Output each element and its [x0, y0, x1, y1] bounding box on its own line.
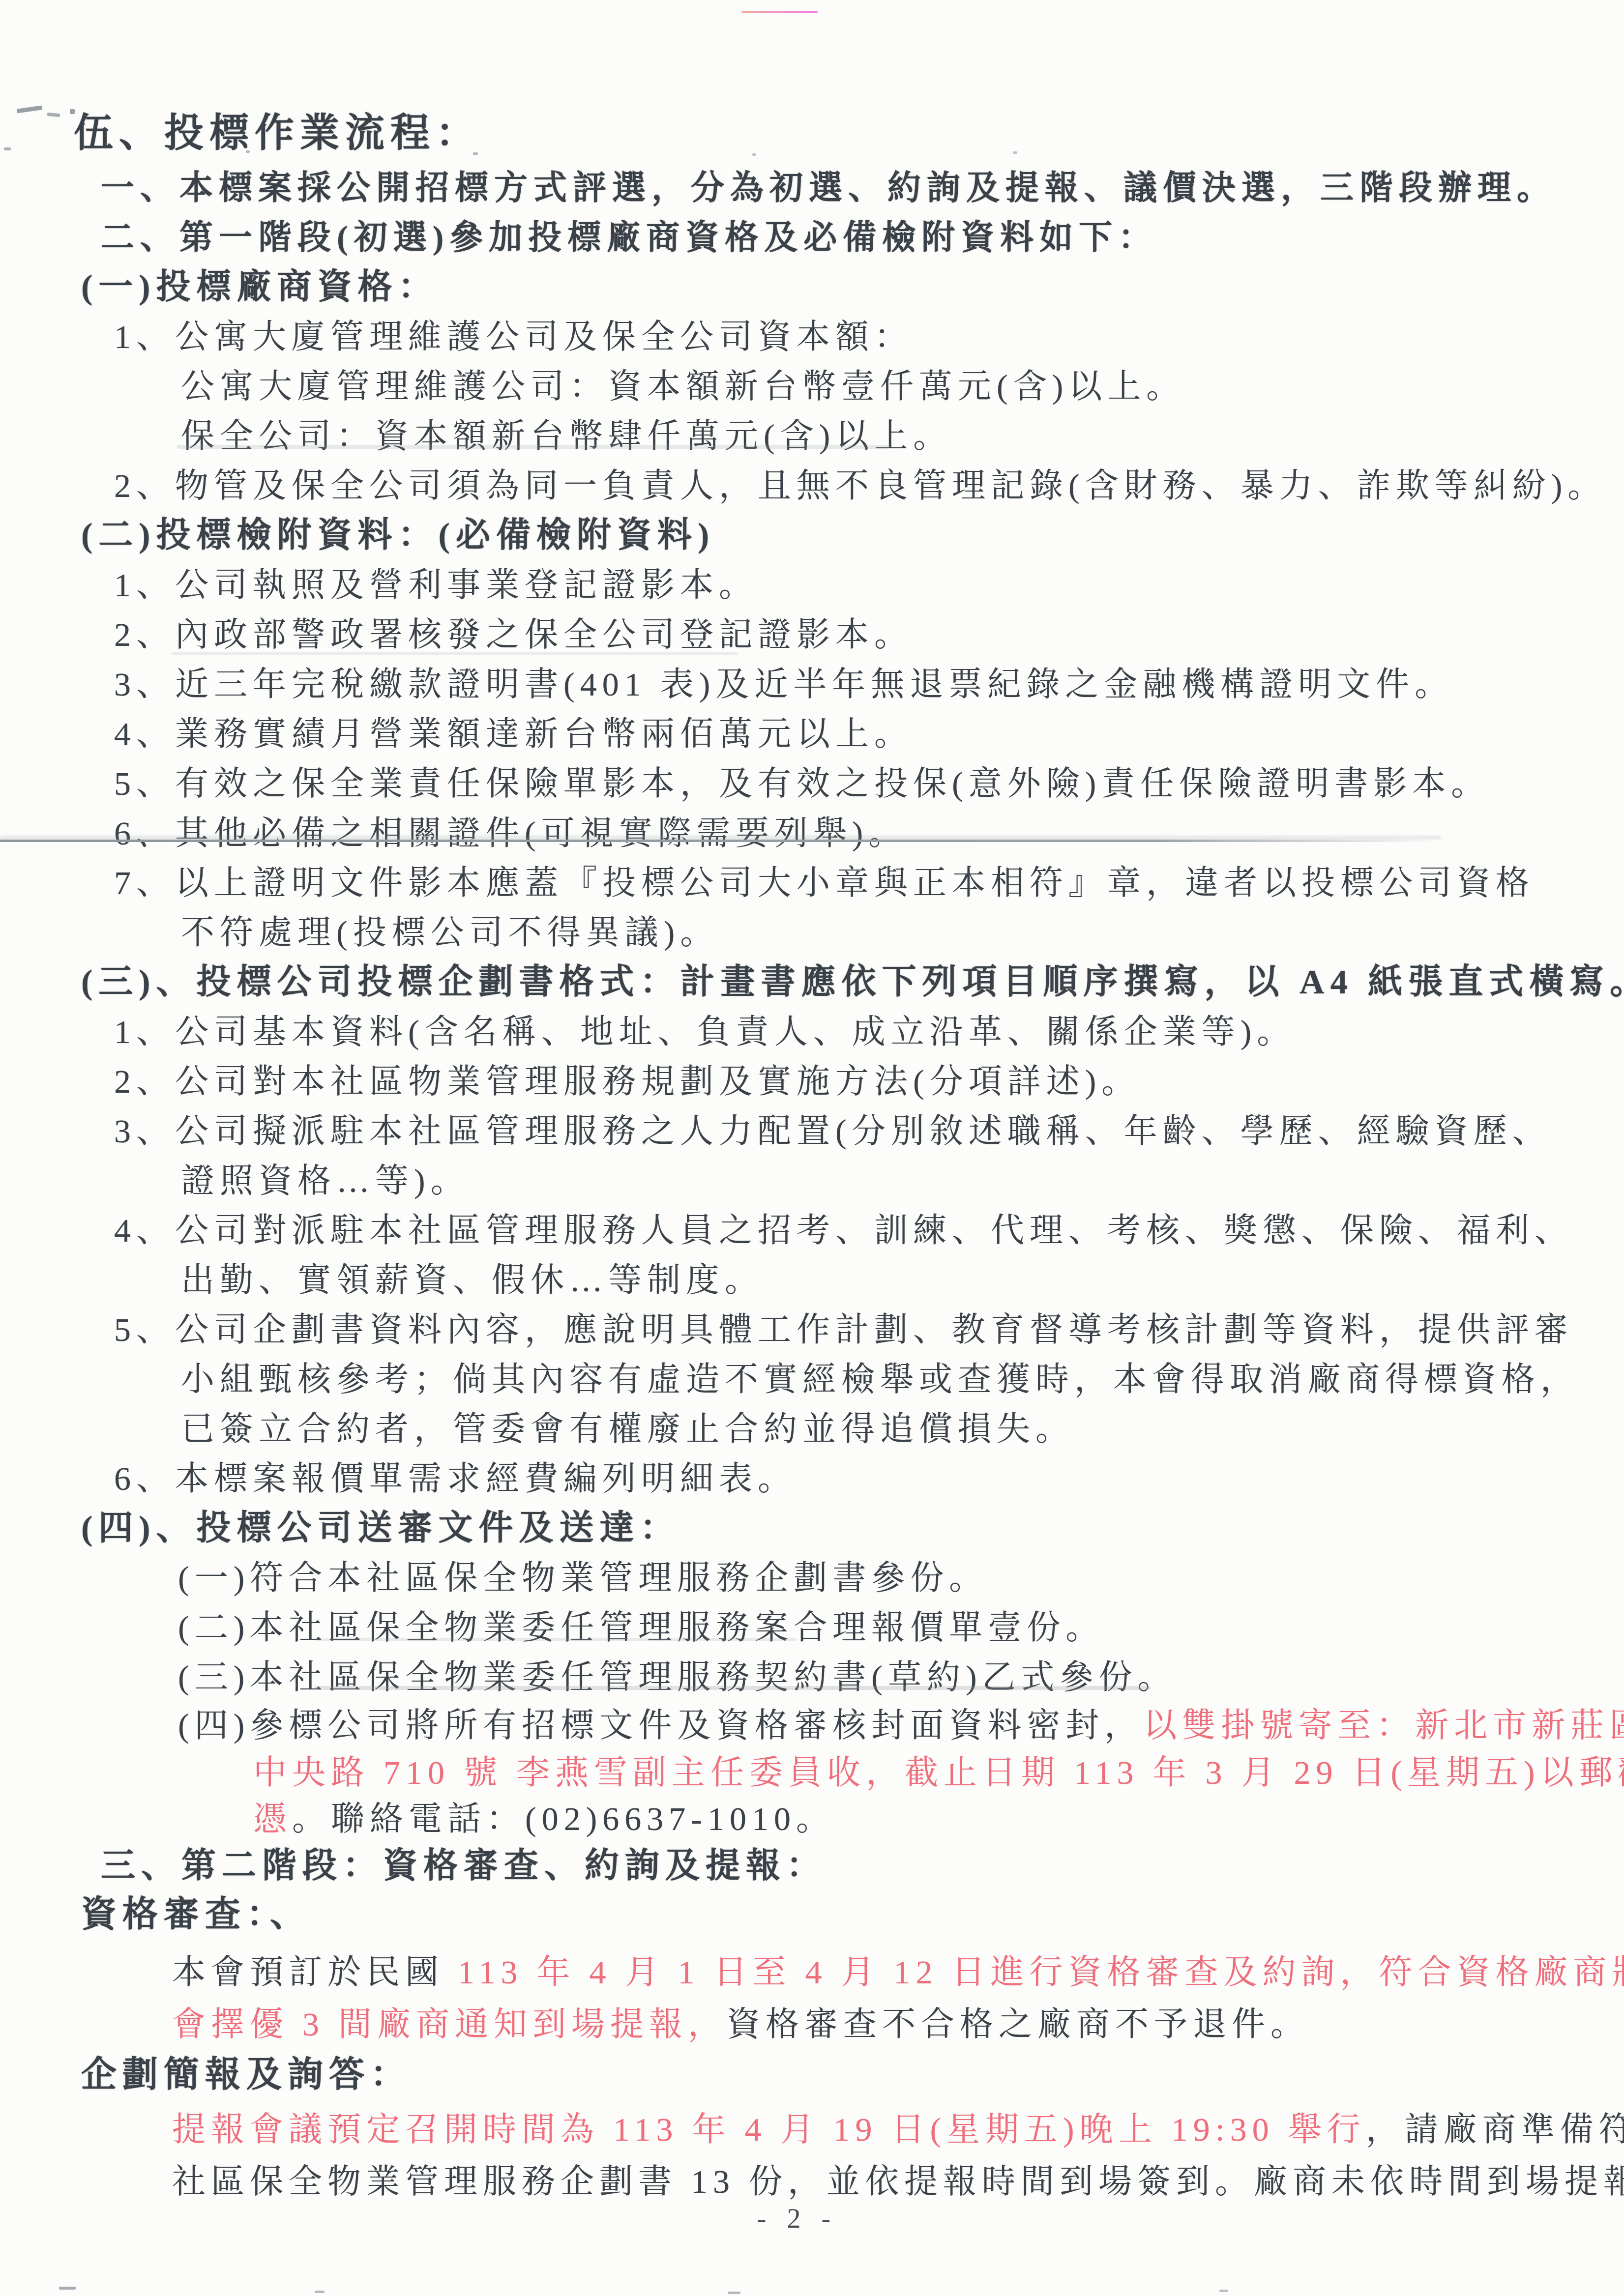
scan-speck	[752, 153, 756, 156]
section-title: 伍、投標作業流程：	[74, 110, 481, 156]
text-segment: (一)符合本社區保全物業管理服務企劃書參份。	[178, 1559, 988, 1597]
text-line: 證照資格…等)。	[181, 1161, 470, 1200]
text-line: 企劃簡報及詢答：	[81, 2054, 412, 2095]
scan-speck	[728, 2292, 740, 2294]
text-line: 三、第二階段：資格審查、約詢及提報：	[101, 1846, 827, 1887]
text-segment: 企劃簡報及詢答：	[81, 2055, 412, 2094]
scan-speck	[1219, 2290, 1228, 2292]
scan-speck	[4, 147, 11, 150]
text-line: 2、公司對本社區物業管理服務規劃及實施方法(分項詳述)。	[114, 1062, 1140, 1101]
text-segment: 1、公司執照及營利事業登記證影本。	[114, 566, 758, 604]
text-line: 5、公司企劃書資料內容，應說明具體工作計劃、教育督導考核計劃等資料，提供評審	[114, 1310, 1573, 1349]
text-segment: 2、物管及保全公司須為同一負責人，且無不良管理記錄(含財務、暴力、詐欺等糾紛)。	[114, 467, 1606, 504]
text-segment: 憑	[253, 1800, 292, 1837]
text-line: 1、公司基本資料(含名稱、地址、負責人、成立沿革、關係企業等)。	[114, 1012, 1296, 1051]
text-segment: 資格審查不合格之廠商不予退件。	[727, 2005, 1309, 2043]
text-segment: 保全公司：資本額新台幣肆仟萬元(含)以上。	[181, 417, 952, 455]
text-line: (四)、投標公司送審文件及送達：	[81, 1509, 680, 1549]
text-line: 中央路 710 號 李燕雪副主任委員收，截止日期 113 年 3 月 29 日(…	[253, 1753, 1624, 1792]
text-line: 社區保全物業管理服務企劃書 13 份，並依提報時間到場簽到。廠商未依時間到場提報…	[172, 2162, 1624, 2201]
text-segment: 6、其他必備之相關證件(可視實際需要列舉)。	[114, 814, 907, 852]
text-segment: 7、以上證明文件影本應蓋『投標公司大小章與正本相符』章，違者以投標公司資格	[114, 864, 1535, 901]
text-line: 已簽立合約者，管委會有權廢止合約並得追償損失。	[181, 1409, 1074, 1449]
text-segment: 公寓大廈管理維護公司：資本額新台幣壹仟萬元(含)以上。	[181, 368, 1185, 405]
text-segment: 113 年 4 月 1 日至 4 月 12 日進行資格審查及約詢，符合資格廠商將…	[458, 1953, 1624, 1991]
text-segment: 3、近三年完稅繳款證明書(401 表)及近半年無退票紀錄之金融機構證明文件。	[114, 666, 1453, 703]
text-line: 二、第一階段(初選)參加投標廠商資格及必備檢附資料如下：	[101, 218, 1157, 257]
text-line: 7、以上證明文件影本應蓋『投標公司大小章與正本相符』章，違者以投標公司資格	[114, 863, 1535, 902]
text-segment: (三)本社區保全物業委任管理服務契約書(草約)乙式參份。	[178, 1658, 1177, 1696]
text-segment: 6、本標案報價單需求經費編列明細表。	[114, 1460, 797, 1497]
text-line: 3、公司擬派駐本社區管理服務之人力配置(分別敘述職稱、年齡、學歷、經驗資歷、	[114, 1111, 1551, 1151]
scan-speck	[59, 2287, 76, 2290]
text-segment: 5、有效之保全業責任保險單影本，及有效之投保(意外險)責任保險證明書影本。	[114, 765, 1490, 802]
text-segment: 已簽立合約者，管委會有權廢止合約並得追償損失。	[181, 1410, 1074, 1448]
text-line: 1、公司執照及營利事業登記證影本。	[114, 565, 758, 605]
text-segment: 2、公司對本社區物業管理服務規劃及實施方法(分項詳述)。	[114, 1063, 1140, 1100]
text-segment: 本會預訂於民國	[172, 1953, 458, 1991]
text-segment: (四)參標公司將所有招標文件及資格審核封面資料密封，	[178, 1707, 1143, 1744]
text-line: 不符處理(投標公司不得異議)。	[181, 913, 719, 952]
text-line: 6、本標案報價單需求經費編列明細表。	[114, 1459, 797, 1498]
text-line: 憑。聯絡電話：(02)6637-1010。	[253, 1799, 835, 1838]
text-segment: 資格審查：、	[81, 1894, 311, 1934]
text-line: (三)、投標公司投標企劃書格式：計畫書應依下列項目順序撰寫，以 A4 紙張直式橫…	[81, 962, 1624, 1003]
document-text-layer: 伍、投標作業流程：一、本標案採公開招標方式評選，分為初選、約詢及提報、議價決選，…	[0, 0, 1624, 2296]
scanned-document-page: 伍、投標作業流程：一、本標案採公開招標方式評選，分為初選、約詢及提報、議價決選，…	[0, 0, 1624, 2296]
text-segment: 證照資格…等)。	[181, 1162, 470, 1199]
text-segment: 3、公司擬派駐本社區管理服務之人力配置(分別敘述職稱、年齡、學歷、經驗資歷、	[114, 1112, 1551, 1150]
text-line: (四)參標公司將所有招標文件及資格審核封面資料密封，以雙掛號寄至：新北市新莊區	[178, 1706, 1624, 1745]
text-segment: 以雙掛號寄至：新北市新莊區	[1143, 1707, 1624, 1744]
text-segment: (一)投標廠商資格：	[81, 268, 439, 306]
text-line: 1、公寓大廈管理維護公司及保全公司資本額：	[114, 317, 913, 356]
text-line: 5、有效之保全業責任保險單影本，及有效之投保(意外險)責任保險證明書影本。	[114, 764, 1490, 803]
text-segment: 中央路 710 號 李燕雪副主任委員收，截止日期 113 年 3 月 29 日(…	[253, 1754, 1624, 1791]
scan-speck	[70, 109, 75, 114]
text-segment: 1、公寓大廈管理維護公司及保全公司資本額：	[114, 318, 913, 355]
text-segment: (三)、投標公司投標企劃書格式：計畫書應依下列項目順序撰寫，以 A4 紙張直式橫…	[81, 963, 1624, 1001]
text-segment: 會擇優 3 間廠商通知到場提報，	[172, 2005, 727, 2043]
text-line: 一、本標案採公開招標方式評選，分為初選、約詢及提報、議價決選，三階段辦理。	[101, 168, 1556, 207]
text-line: (二)本社區保全物業委任管理服務案合理報價單壹份。	[178, 1608, 1104, 1647]
text-line: 4、公司對派駐本社區管理服務人員之招考、訓練、代理、考核、獎懲、保險、福利、	[114, 1211, 1573, 1250]
text-segment: 伍、投標作業流程：	[74, 112, 481, 155]
text-line: 4、業務實績月營業額達新台幣兩佰萬元以上。	[114, 714, 913, 754]
scan-speck	[315, 2291, 325, 2293]
text-line: (三)本社區保全物業委任管理服務契約書(草約)乙式參份。	[178, 1657, 1177, 1697]
text-segment: (四)、投標公司送審文件及送達：	[81, 1510, 680, 1547]
text-line: 6、其他必備之相關證件(可視實際需要列舉)。	[114, 814, 907, 853]
text-segment: 一、本標案採公開招標方式評選，分為初選、約詢及提報、議價決選，三階段辦理。	[101, 169, 1556, 206]
text-segment: 二、第一階段(初選)參加投標廠商資格及必備檢附資料如下：	[101, 219, 1157, 256]
text-line: 2、內政部警政署核發之保全公司登記證影本。	[114, 615, 913, 654]
text-line: 公寓大廈管理維護公司：資本額新台幣壹仟萬元(含)以上。	[181, 367, 1185, 406]
text-segment: ，請廠商準備符合本	[1366, 2111, 1624, 2148]
text-line: (一)投標廠商資格：	[81, 267, 439, 308]
text-segment: 三、第二階段：資格審查、約詢及提報：	[101, 1847, 827, 1885]
text-line: 提報會議預定召開時間為 113 年 4 月 19 日(星期五)晚上 19:30 …	[172, 2110, 1624, 2149]
text-line: 保全公司：資本額新台幣肆仟萬元(含)以上。	[181, 416, 952, 456]
text-line: 本會預訂於民國 113 年 4 月 1 日至 4 月 12 日進行資格審查及約詢…	[172, 1952, 1624, 1992]
text-line: 資格審查：、	[81, 1893, 311, 1935]
text-line: (一)符合本社區保全物業管理服務企劃書參份。	[178, 1558, 988, 1598]
text-line: 2、物管及保全公司須為同一負責人，且無不良管理記錄(含財務、暴力、詐欺等糾紛)。	[114, 466, 1606, 505]
text-segment: 1、公司基本資料(含名稱、地址、負責人、成立沿革、關係企業等)。	[114, 1013, 1296, 1050]
text-segment: 2、內政部警政署核發之保全公司登記證影本。	[114, 616, 913, 653]
text-segment: 4、公司對派駐本社區管理服務人員之招考、訓練、代理、考核、獎懲、保險、福利、	[114, 1212, 1573, 1249]
text-line: (二)投標檢附資料：(必備檢附資料)	[81, 516, 715, 556]
text-segment: (二)本社區保全物業委任管理服務案合理報價單壹份。	[178, 1609, 1104, 1646]
text-segment: 5、公司企劃書資料內容，應說明具體工作計劃、教育督導考核計劃等資料，提供評審	[114, 1311, 1573, 1348]
text-segment: 4、業務實績月營業額達新台幣兩佰萬元以上。	[114, 715, 913, 753]
scan-speck	[473, 152, 478, 155]
text-segment: 不符處理(投標公司不得異議)。	[181, 914, 719, 951]
text-line: 小組甄核參考；倘其內容有虛造不實經檢舉或查獲時，本會得取消廠商得標資格，	[181, 1360, 1579, 1399]
scan-speck	[246, 150, 250, 153]
page-number: - 2 -	[0, 2203, 1594, 2235]
text-segment: (二)投標檢附資料：(必備檢附資料)	[81, 517, 715, 554]
text-line: 3、近三年完稅繳款證明書(401 表)及近半年無退票紀錄之金融機構證明文件。	[114, 665, 1453, 704]
text-line: 會擇優 3 間廠商通知到場提報，資格審查不合格之廠商不予退件。	[172, 2005, 1309, 2044]
scan-speck	[1013, 151, 1017, 154]
text-line: 出勤、實領薪資、假休…等制度。	[181, 1260, 764, 1300]
text-segment: 社區保全物業管理服務企劃書 13 份，並依提報時間到場簽到。廠商未依時間到場提報…	[172, 2163, 1624, 2200]
text-segment: 。聯絡電話：(02)6637-1010。	[292, 1800, 835, 1837]
text-segment: 小組甄核參考；倘其內容有虛造不實經檢舉或查獲時，本會得取消廠商得標資格，	[181, 1361, 1579, 1398]
text-segment: 出勤、實領薪資、假休…等制度。	[181, 1261, 764, 1299]
text-segment: 提報會議預定召開時間為 113 年 4 月 19 日(星期五)晚上 19:30 …	[172, 2111, 1366, 2148]
